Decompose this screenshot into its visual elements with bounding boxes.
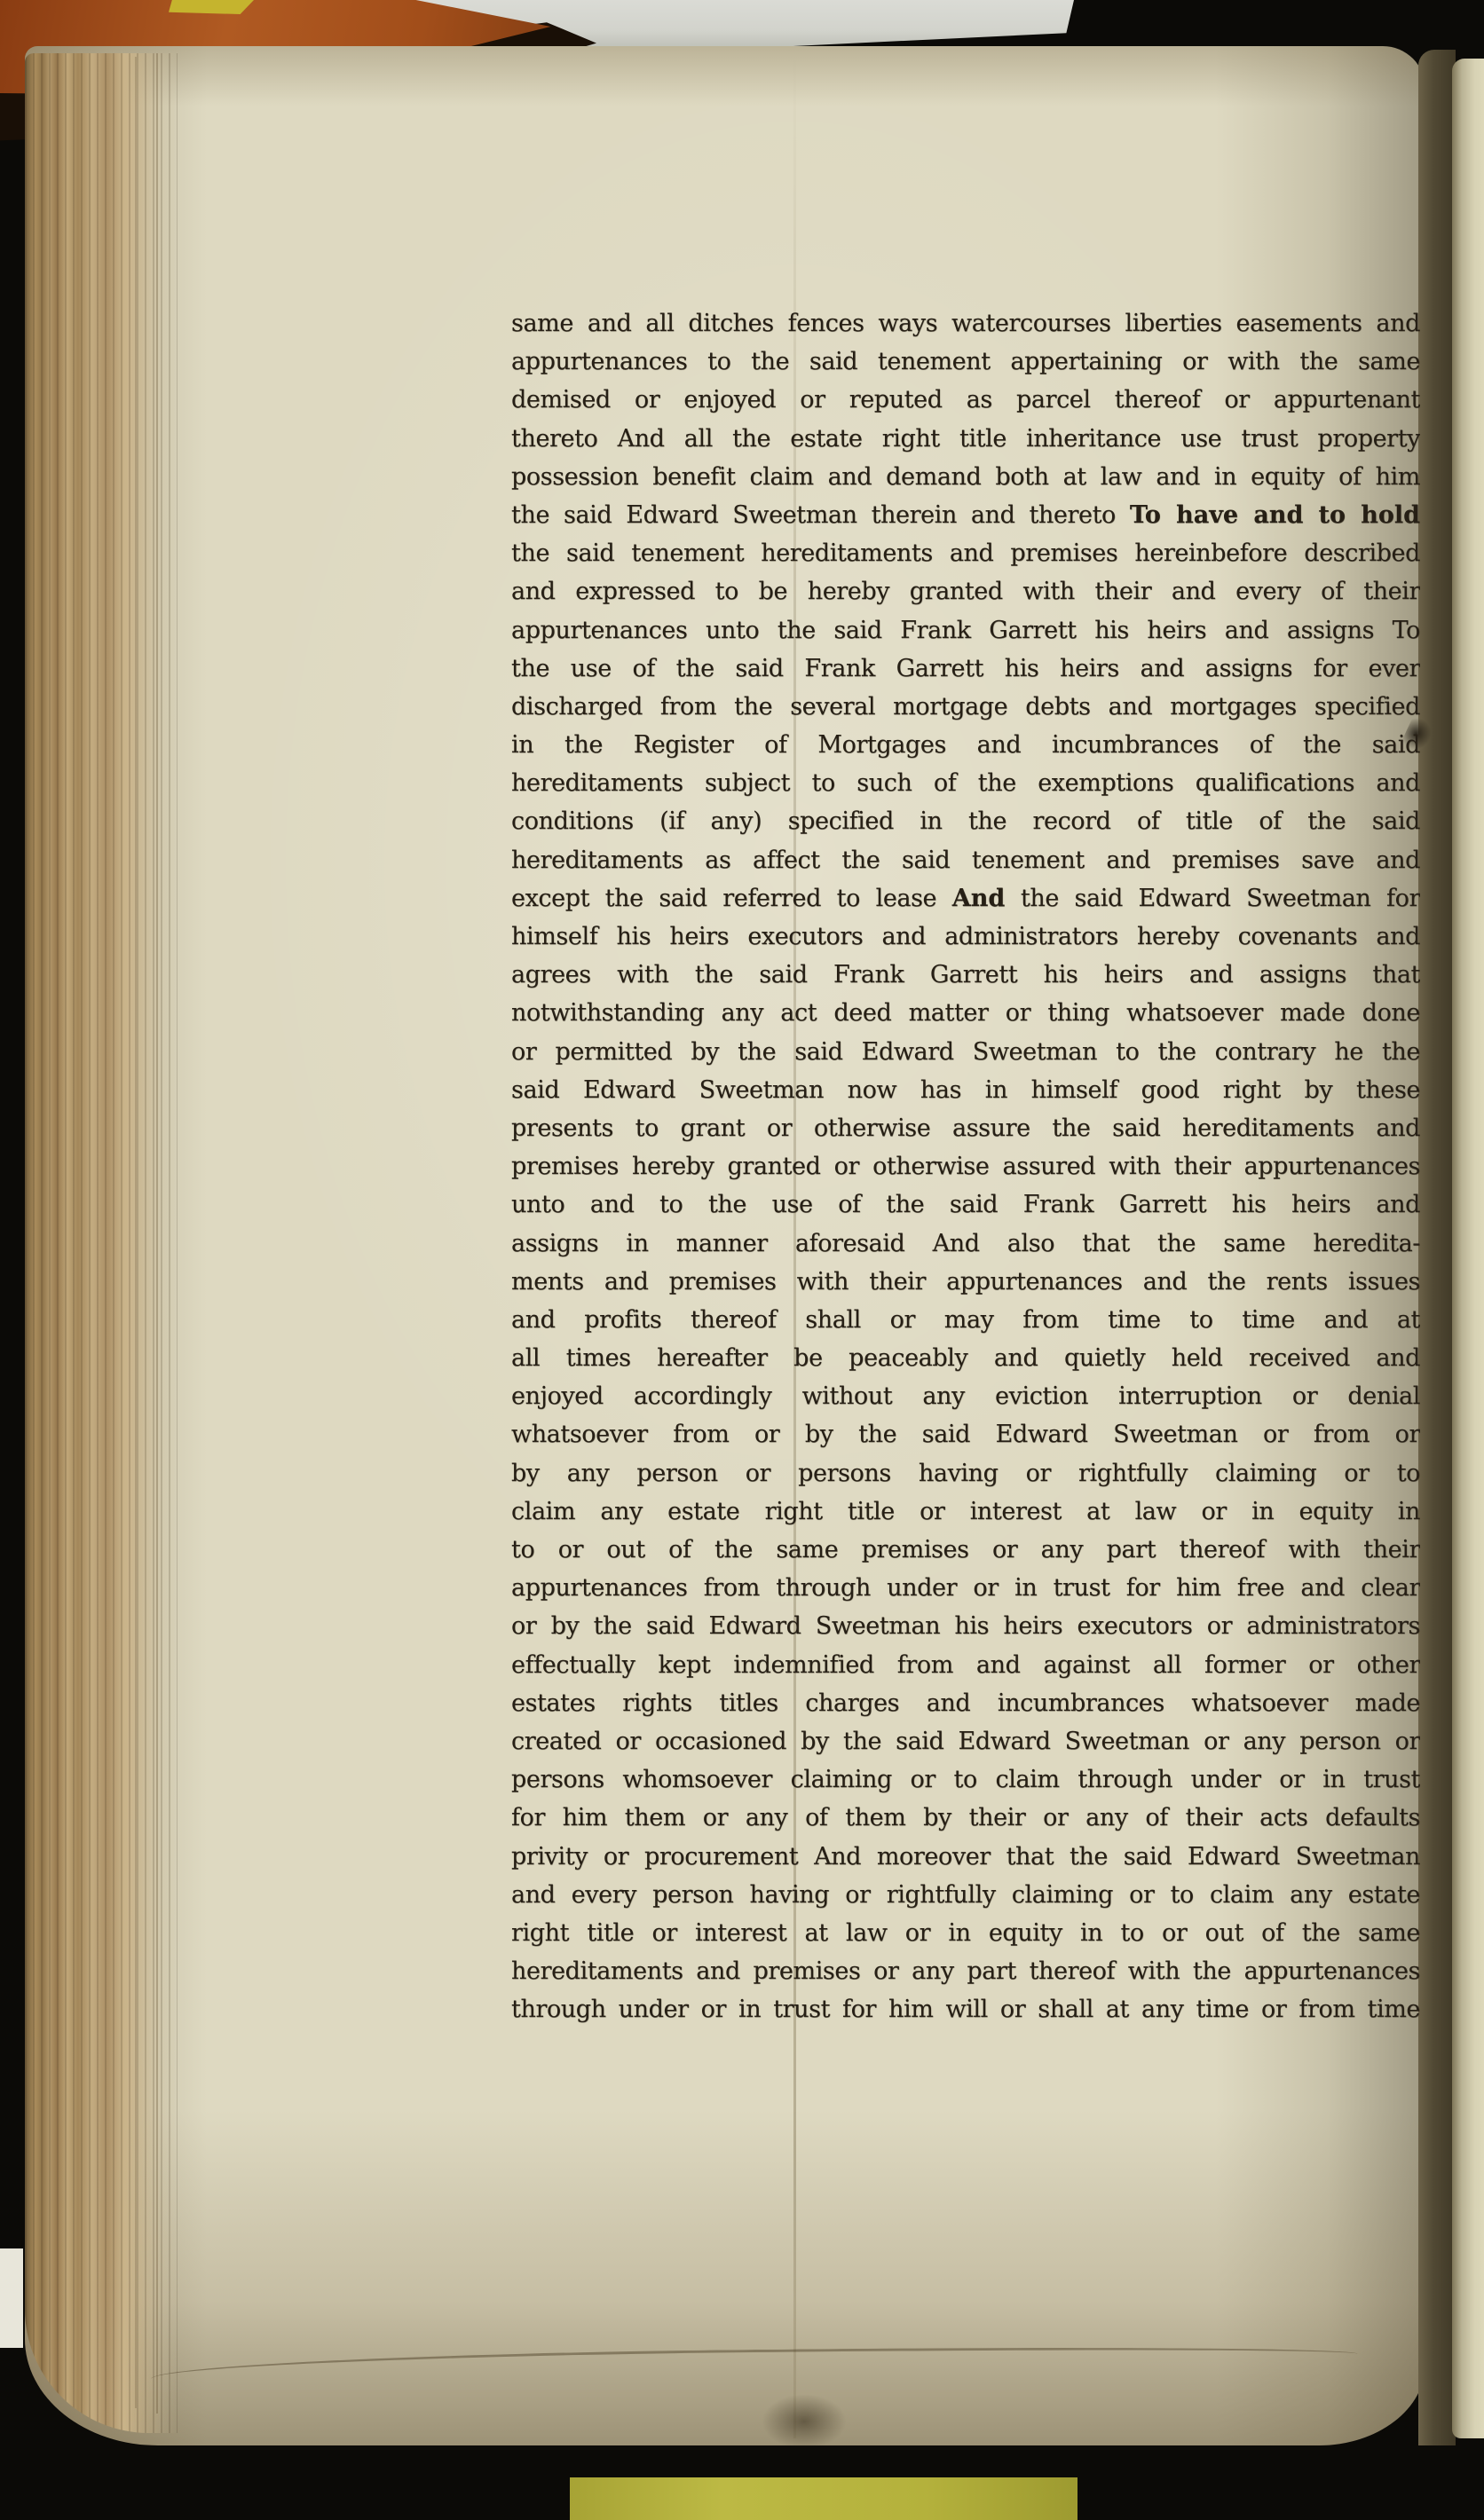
text-line: by any person or persons having or right… (511, 1454, 1420, 1492)
text-line: enjoyed accordingly without any eviction… (511, 1377, 1420, 1415)
text-line: except the said referred to lease And th… (511, 879, 1420, 917)
text-line: created or occasioned by the said Edward… (511, 1722, 1420, 1760)
text-segment: hereditaments and premises or any part t… (511, 1957, 1420, 1985)
text-line: ments and premises with their appurtenan… (511, 1263, 1420, 1301)
text-segment: agrees with the said Frank Garrett his h… (511, 961, 1420, 988)
sticky-note (570, 2477, 1077, 2520)
text-line: thereto And all the estate right title i… (511, 420, 1420, 458)
text-segment: right title or interest at law or in equ… (511, 1919, 1420, 1947)
text-segment: whatsoever from or by the said Edward Sw… (511, 1421, 1420, 1448)
text-line: agrees with the said Frank Garrett his h… (511, 956, 1420, 994)
page-crease (156, 53, 158, 2414)
text-segment: persons whomsoever claiming or to claim … (511, 1766, 1420, 1793)
text-segment: enjoyed accordingly without any eviction… (511, 1382, 1420, 1410)
text-line: for him them or any of them by their or … (511, 1799, 1420, 1837)
text-segment: assigns in manner aforesaid And also tha… (511, 1230, 1420, 1257)
text-segment: created or occasioned by the said Edward… (511, 1728, 1420, 1755)
text-segment: for him them or any of them by their or … (511, 1804, 1420, 1831)
text-segment: to or out of the same premises or any pa… (511, 1536, 1420, 1563)
text-line: hereditaments and premises or any part t… (511, 1952, 1420, 1990)
text-line: to or out of the same premises or any pa… (511, 1531, 1420, 1569)
text-segment: premises hereby granted or otherwise ass… (511, 1153, 1420, 1180)
text-line: or by the said Edward Sweetman his heirs… (511, 1607, 1420, 1645)
text-line: same and all ditches fences ways waterco… (511, 304, 1420, 343)
text-segment: through under or in trust for him will o… (511, 1996, 1420, 2023)
text-segment: notwithstanding any act deed matter or t… (511, 999, 1420, 1027)
text-segment: appurtenances unto the said Frank Garret… (511, 617, 1420, 644)
text-segment: hereditaments subject to such of the exe… (511, 769, 1420, 797)
text-block: same and all ditches fences ways waterco… (511, 304, 1420, 2028)
text-segment: unto and to the use of the said Frank Ga… (511, 1191, 1420, 1218)
text-segment: discharged from the several mortgage deb… (511, 693, 1420, 721)
text-segment: demised or enjoyed or reputed as parcel … (511, 386, 1420, 413)
worn-page-edges (25, 53, 178, 2433)
text-line: appurtenances to the said tenement apper… (511, 343, 1420, 381)
text-segment: same and all ditches fences ways waterco… (511, 310, 1420, 337)
text-line: conditions (if any) specified in the rec… (511, 802, 1420, 840)
text-line: unto and to the use of the said Frank Ga… (511, 1185, 1420, 1224)
text-line: effectually kept indemnified from and ag… (511, 1646, 1420, 1684)
text-line: whatsoever from or by the said Edward Sw… (511, 1415, 1420, 1453)
text-segment: thereto And all the estate right title i… (511, 425, 1420, 453)
text-segment: the said Edward Sweetman for (1005, 885, 1420, 912)
text-line: or permitted by the said Edward Sweetman… (511, 1033, 1420, 1071)
blackletter-phrase: And (952, 885, 1005, 912)
text-line: said Edward Sweetman now has in himself … (511, 1071, 1420, 1109)
text-line: the said Edward Sweetman therein and the… (511, 496, 1420, 534)
text-line: hereditaments as affect the said tenemen… (511, 841, 1420, 879)
text-line: appurtenances from through under or in t… (511, 1569, 1420, 1607)
text-line: hereditaments subject to such of the exe… (511, 764, 1420, 802)
yellow-slip (169, 0, 254, 14)
text-line: assigns in manner aforesaid And also tha… (511, 1225, 1420, 1263)
text-segment: hereditaments as affect the said tenemen… (511, 847, 1420, 874)
bottom-smudge (762, 2394, 847, 2449)
text-line: the said tenement hereditaments and prem… (511, 534, 1420, 572)
text-line: presents to grant or otherwise assure th… (511, 1109, 1420, 1147)
text-line: persons whomsoever claiming or to claim … (511, 1760, 1420, 1799)
text-segment: effectually kept indemnified from and ag… (511, 1651, 1420, 1679)
text-segment: the said tenement hereditaments and prem… (511, 539, 1420, 567)
text-line: privity or procurement And moreover that… (511, 1838, 1420, 1876)
text-line: discharged from the several mortgage deb… (511, 688, 1420, 726)
text-line: all times hereafter be peaceably and qui… (511, 1339, 1420, 1377)
text-line: appurtenances unto the said Frank Garret… (511, 611, 1420, 650)
text-line: himself his heirs executors and administ… (511, 917, 1420, 956)
text-segment: and every person having or rightfully cl… (511, 1881, 1420, 1909)
facing-page-edge (1452, 59, 1484, 2438)
text-segment: claim any estate right title or interest… (511, 1498, 1420, 1525)
text-line: claim any estate right title or interest… (511, 1492, 1420, 1531)
text-line: notwithstanding any act deed matter or t… (511, 994, 1420, 1032)
text-line: and every person having or rightfully cl… (511, 1876, 1420, 1914)
text-segment: appurtenances from through under or in t… (511, 1574, 1420, 1602)
text-segment: in the Register of Mortgages and incumbr… (511, 731, 1420, 759)
text-segment: by any person or persons having or right… (511, 1460, 1420, 1487)
text-line: demised or enjoyed or reputed as parcel … (511, 381, 1420, 419)
text-segment: conditions (if any) specified in the rec… (511, 807, 1420, 835)
text-segment: except the said referred to lease (511, 885, 952, 912)
text-line: right title or interest at law or in equ… (511, 1914, 1420, 1952)
text-segment: estates rights titles charges and incumb… (511, 1689, 1420, 1717)
text-segment: presents to grant or otherwise assure th… (511, 1114, 1420, 1142)
book-scan-photo: same and all ditches fences ways waterco… (0, 0, 1484, 2520)
text-segment: ments and premises with their appurtenan… (511, 1268, 1420, 1295)
text-segment: and profits thereof shall or may from ti… (511, 1306, 1420, 1334)
text-segment: said Edward Sweetman now has in himself … (511, 1076, 1420, 1104)
text-line: and profits thereof shall or may from ti… (511, 1301, 1420, 1339)
text-line: the use of the said Frank Garrett his he… (511, 650, 1420, 688)
text-segment: all times hereafter be peaceably and qui… (511, 1344, 1420, 1372)
text-segment: privity or procurement And moreover that… (511, 1843, 1420, 1870)
text-line: and expressed to be hereby granted with … (511, 572, 1420, 610)
text-segment: or by the said Edward Sweetman his heirs… (511, 1612, 1420, 1640)
text-segment: the said Edward Sweetman therein and the… (511, 501, 1130, 529)
text-line: through under or in trust for him will o… (511, 1990, 1420, 2028)
text-line: premises hereby granted or otherwise ass… (511, 1147, 1420, 1185)
text-segment: the use of the said Frank Garrett his he… (511, 655, 1420, 682)
paper-sliver (0, 2248, 23, 2348)
text-line: estates rights titles charges and incumb… (511, 1684, 1420, 1722)
text-segment: and expressed to be hereby granted with … (511, 578, 1420, 605)
text-segment: himself his heirs executors and administ… (511, 923, 1420, 950)
page-crease (135, 57, 137, 2408)
blackletter-phrase: To have and to hold (1130, 501, 1420, 529)
text-line: in the Register of Mortgages and incumbr… (511, 726, 1420, 764)
text-segment: possession benefit claim and demand both… (511, 463, 1420, 491)
book-gutter-shadow (1418, 50, 1456, 2445)
text-line: possession benefit claim and demand both… (511, 458, 1420, 496)
text-segment: appurtenances to the said tenement apper… (511, 348, 1420, 375)
text-segment: or permitted by the said Edward Sweetman… (511, 1038, 1420, 1066)
